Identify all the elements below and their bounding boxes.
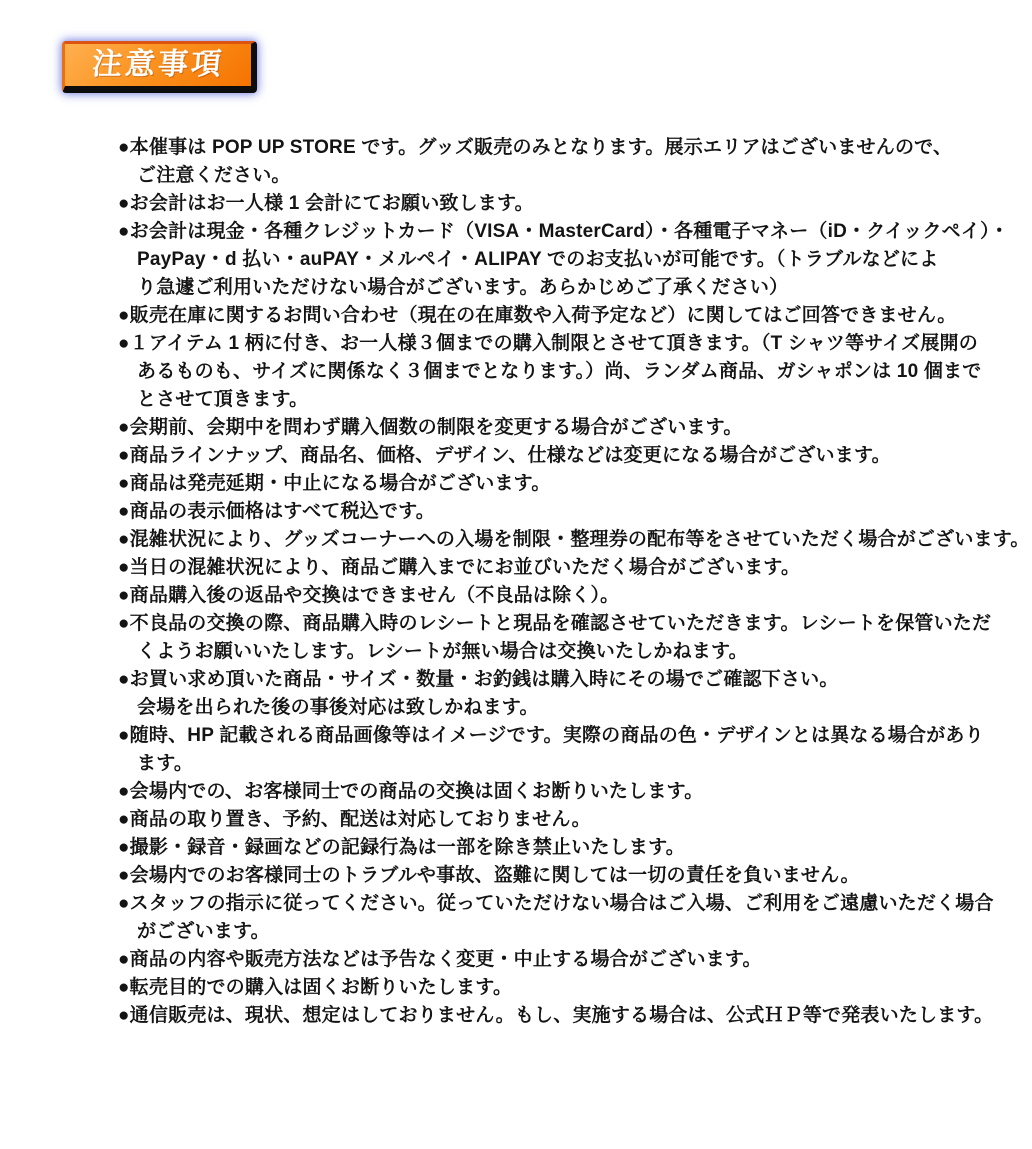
note-line: ●会期前、会期中を問わず購入個数の制限を変更する場合がございます。	[118, 414, 1030, 442]
note-line: ●撮影・録音・録画などの記録行為は一部を除き禁止いたします。	[118, 834, 1030, 862]
note-line: ●お会計はお一人様 1 会計にてお願い致します。	[118, 190, 1030, 218]
note-line: ●商品の表示価格はすべて税込です。	[118, 498, 1030, 526]
note-item: ●お会計は現金・各種クレジットカード（VISA・MasterCard）・各種電子…	[118, 218, 1030, 302]
note-line: ●１アイテム 1 柄に付き、お一人様３個までの購入制限とさせて頂きます。（T シ…	[118, 330, 1030, 358]
note-line-continuation: ご注意ください。	[118, 162, 1030, 190]
note-line: ●当日の混雑状況により、商品ご購入までにお並びいただく場合がございます。	[118, 554, 1030, 582]
note-line: ●商品は発売延期・中止になる場合がございます。	[118, 470, 1030, 498]
note-item: ●販売在庫に関するお問い合わせ（現在の在庫数や入荷予定など）に関してはご回答でき…	[118, 302, 1030, 330]
note-line-continuation: くようお願いいたします。レシートが無い場合は交換いたしかねます。	[118, 638, 1030, 666]
note-item: ●１アイテム 1 柄に付き、お一人様３個までの購入制限とさせて頂きます。（T シ…	[118, 330, 1030, 414]
note-line: ●随時、HP 記載される商品画像等はイメージです。実際の商品の色・デザインとは異…	[118, 722, 1030, 750]
note-item: ●商品の取り置き、予約、配送は対応しておりません。	[118, 806, 1030, 834]
page-title: 注意事項	[90, 48, 225, 83]
note-item: ●商品の内容や販売方法などは予告なく変更・中止する場合がございます。	[118, 946, 1030, 974]
note-line: ●お会計は現金・各種クレジットカード（VISA・MasterCard）・各種電子…	[118, 218, 1030, 246]
note-item: ●当日の混雑状況により、商品ご購入までにお並びいただく場合がございます。	[118, 554, 1030, 582]
note-item: ●商品の表示価格はすべて税込です。	[118, 498, 1030, 526]
note-item: ●商品は発売延期・中止になる場合がございます。	[118, 470, 1030, 498]
note-item: ●通信販売は、現状、想定はしておりません。もし、実施する場合は、公式ＨＰ等で発表…	[118, 1002, 1030, 1030]
note-item: ●混雑状況により、グッズコーナーへの入場を制限・整理券の配布等をさせていただく場…	[118, 526, 1030, 554]
note-line: ●会場内での、お客様同士での商品の交換は固くお断りいたします。	[118, 778, 1030, 806]
note-line-continuation: PayPay・d 払い・auPAY・メルペイ・ALIPAY でのお支払いが可能で…	[118, 246, 1030, 274]
note-item: ●会場内でのお客様同士のトラブルや事故、盗難に関しては一切の責任を負いません。	[118, 862, 1030, 890]
note-line: ●混雑状況により、グッズコーナーへの入場を制限・整理券の配布等をさせていただく場…	[118, 526, 1030, 554]
note-line: ●通信販売は、現状、想定はしておりません。もし、実施する場合は、公式ＨＰ等で発表…	[118, 1002, 1030, 1030]
note-line-continuation: あるものも、サイズに関係なく３個までとなります。）尚、ランダム商品、ガシャポンは…	[118, 358, 1030, 386]
note-line: ●販売在庫に関するお問い合わせ（現在の在庫数や入荷予定など）に関してはご回答でき…	[118, 302, 1030, 330]
note-line: ●転売目的での購入は固くお断りいたします。	[118, 974, 1030, 1002]
note-item: ●本催事は POP UP STORE です。グッズ販売のみとなります。展示エリア…	[118, 134, 1030, 190]
note-line: ●商品ラインナップ、商品名、価格、デザイン、仕様などは変更になる場合がございます…	[118, 442, 1030, 470]
note-line: ●商品の内容や販売方法などは予告なく変更・中止する場合がございます。	[118, 946, 1030, 974]
note-item: ●会場内での、お客様同士での商品の交換は固くお断りいたします。	[118, 778, 1030, 806]
note-line: ●不良品の交換の際、商品購入時のレシートと現品を確認させていただきます。レシート…	[118, 610, 1030, 638]
note-line: ●本催事は POP UP STORE です。グッズ販売のみとなります。展示エリア…	[118, 134, 1030, 162]
note-item: ●随時、HP 記載される商品画像等はイメージです。実際の商品の色・デザインとは異…	[118, 722, 1030, 778]
note-line-continuation: り急遽ご利用いただけない場合がございます。あらかじめご了承ください）	[118, 274, 1030, 302]
note-line-continuation: ます。	[118, 750, 1030, 778]
note-item: ●商品ラインナップ、商品名、価格、デザイン、仕様などは変更になる場合がございます…	[118, 442, 1030, 470]
note-item: ●不良品の交換の際、商品購入時のレシートと現品を確認させていただきます。レシート…	[118, 610, 1030, 666]
note-item: ●スタッフの指示に従ってください。従っていただけない場合はご入場、ご利用をご遠慮…	[118, 890, 1030, 946]
note-item: ●お買い求め頂いた商品・サイズ・数量・お釣銭は購入時にその場でご確認下さい。会場…	[118, 666, 1030, 722]
note-line-continuation: 会場を出られた後の事後対応は致しかねます。	[118, 694, 1030, 722]
note-item: ●会期前、会期中を問わず購入個数の制限を変更する場合がございます。	[118, 414, 1030, 442]
note-item: ●商品購入後の返品や交換はできません（不良品は除く）。	[118, 582, 1030, 610]
note-line: ●商品の取り置き、予約、配送は対応しておりません。	[118, 806, 1030, 834]
note-line: ●商品購入後の返品や交換はできません（不良品は除く）。	[118, 582, 1030, 610]
note-line: ●お買い求め頂いた商品・サイズ・数量・お釣銭は購入時にその場でご確認下さい。	[118, 666, 1030, 694]
note-line-continuation: とさせて頂きます。	[118, 386, 1030, 414]
note-item: ●撮影・録音・録画などの記録行為は一部を除き禁止いたします。	[118, 834, 1030, 862]
notes-list: ●本催事は POP UP STORE です。グッズ販売のみとなります。展示エリア…	[118, 134, 1030, 1030]
notice-badge: 注意事項	[62, 41, 257, 93]
notice-badge-plate: 注意事項	[62, 41, 257, 93]
note-line: ●会場内でのお客様同士のトラブルや事故、盗難に関しては一切の責任を負いません。	[118, 862, 1030, 890]
note-line-continuation: がございます。	[118, 918, 1030, 946]
page-root: { "header": { "title": "注意事項" }, "colors…	[0, 0, 1032, 1149]
note-item: ●お会計はお一人様 1 会計にてお願い致します。	[118, 190, 1030, 218]
note-line: ●スタッフの指示に従ってください。従っていただけない場合はご入場、ご利用をご遠慮…	[118, 890, 1030, 918]
note-item: ●転売目的での購入は固くお断りいたします。	[118, 974, 1030, 1002]
